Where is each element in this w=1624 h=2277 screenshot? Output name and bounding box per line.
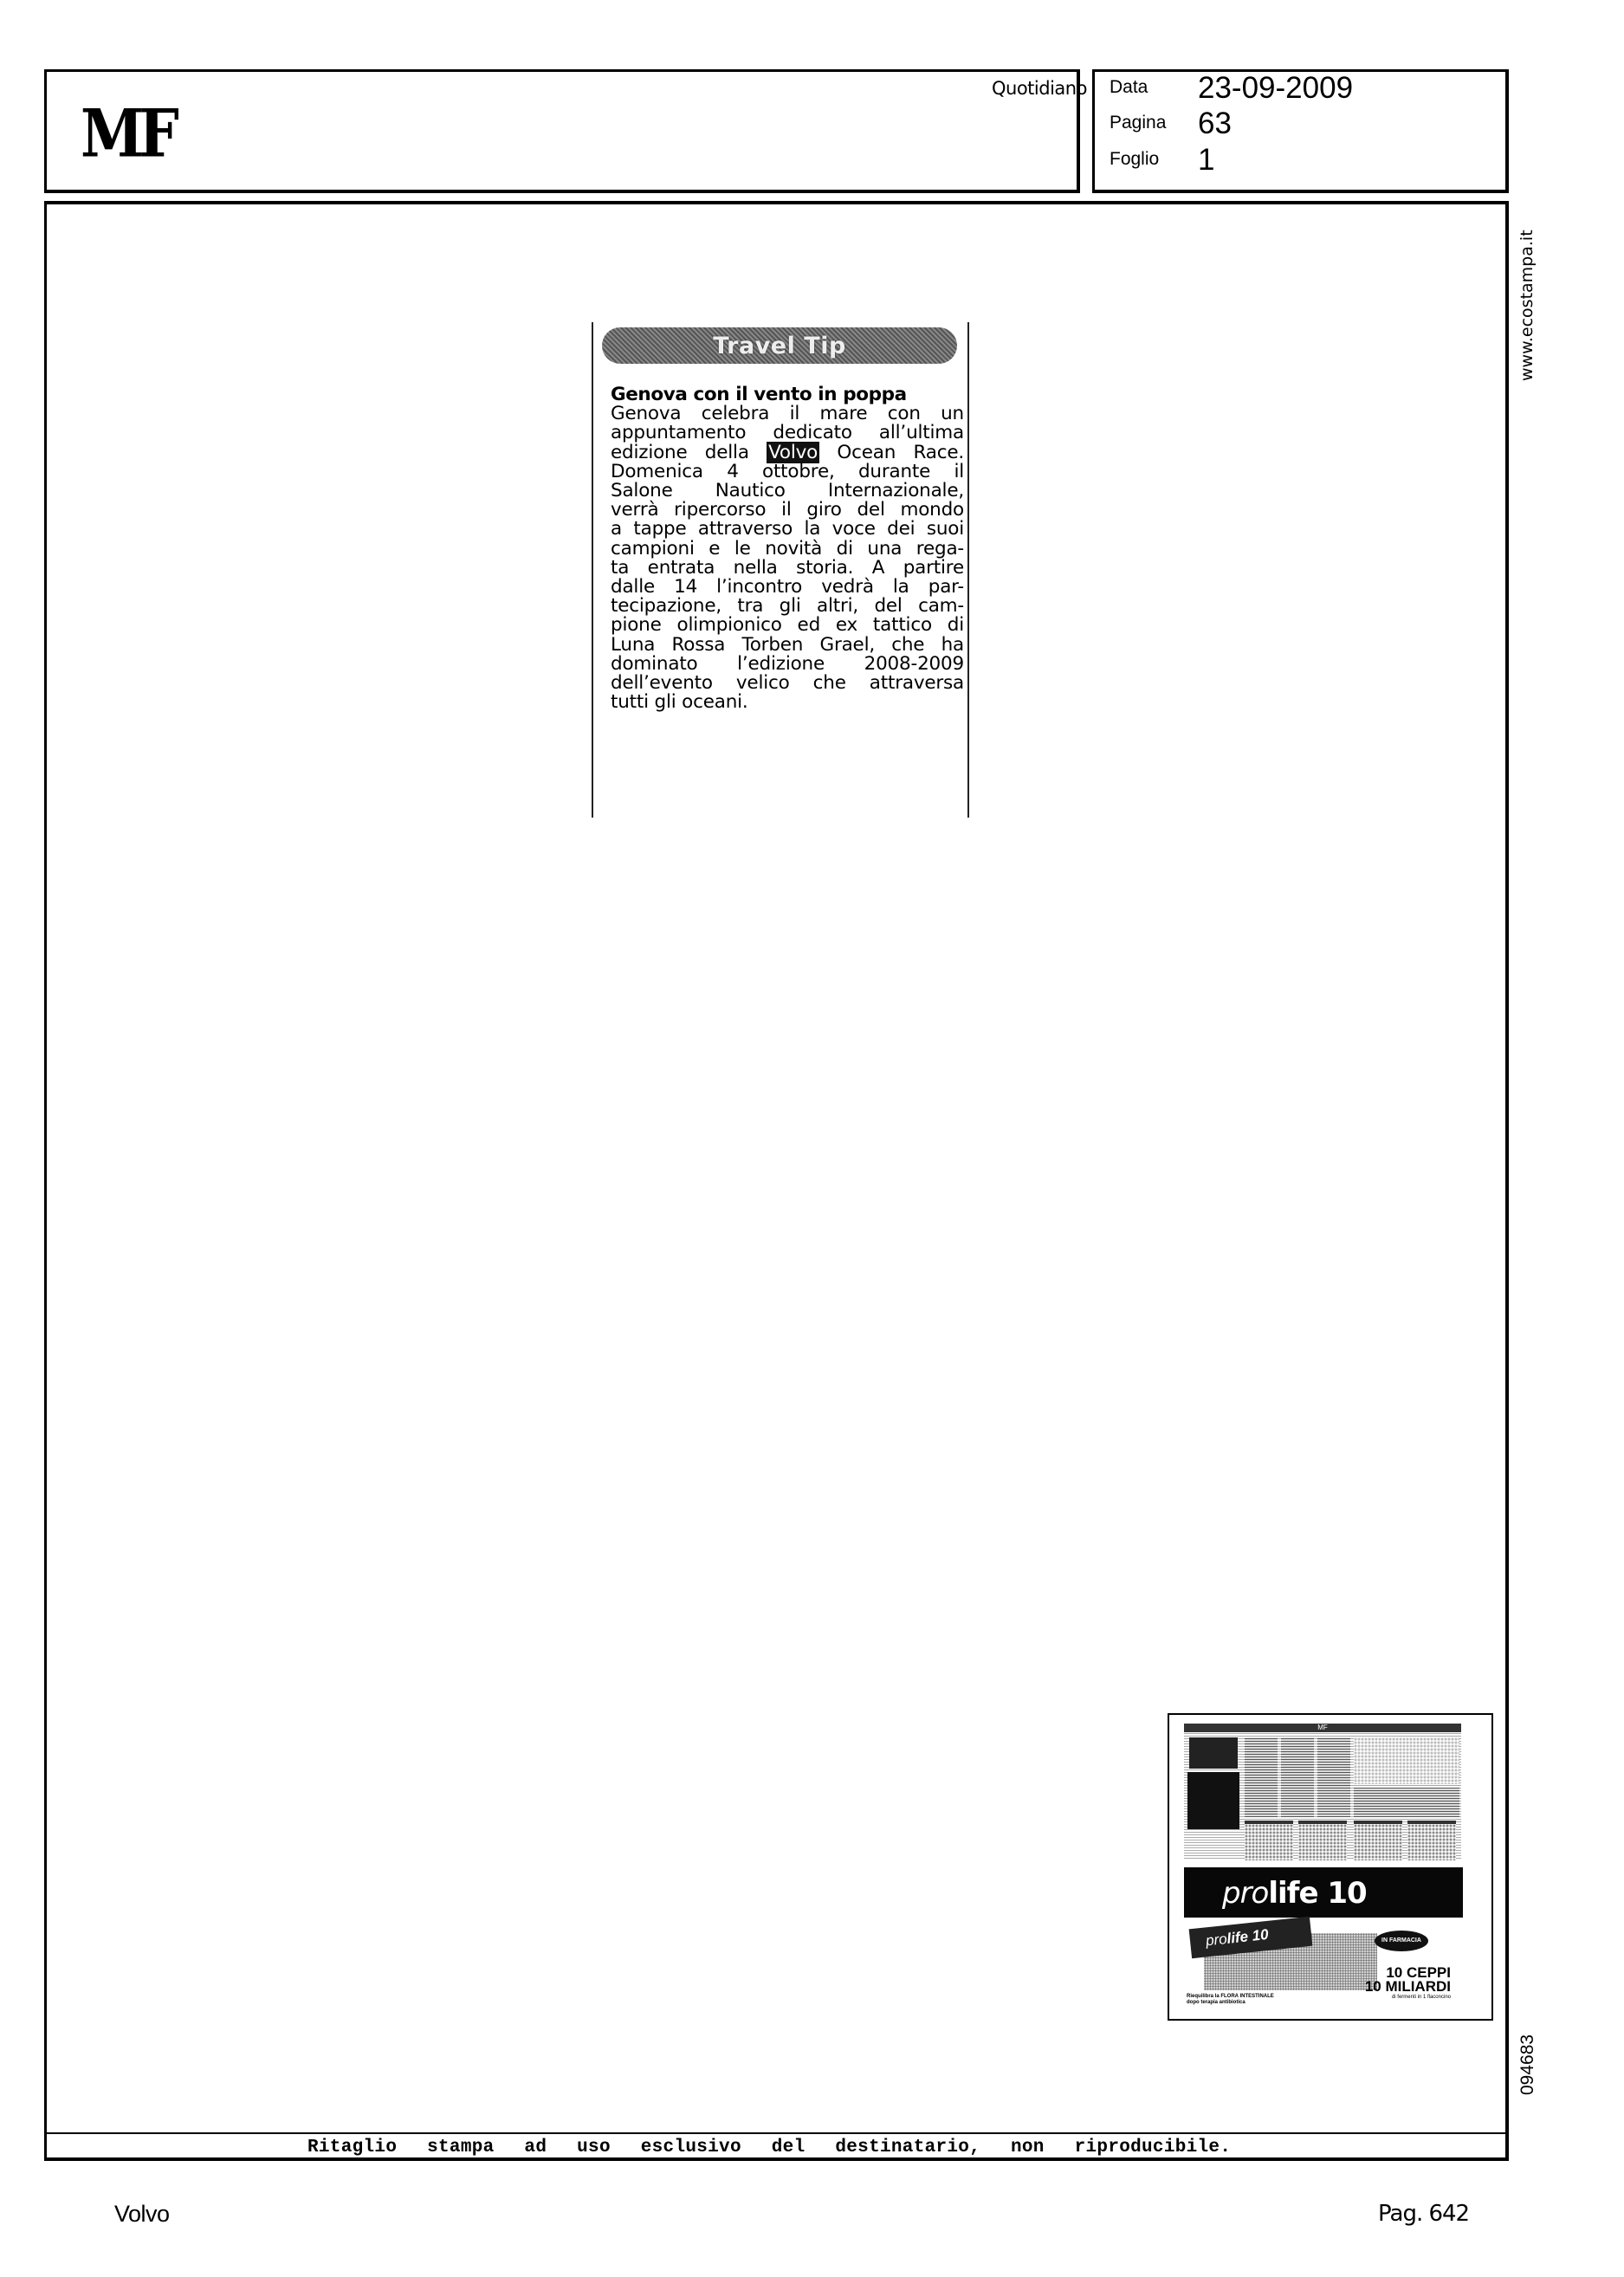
keyword-label: Volvo	[114, 2201, 170, 2228]
website-text: www.ecostampa.it	[1517, 230, 1537, 381]
article-line: tecipazione, tra gli altri, del cam-	[611, 597, 964, 616]
column-rule-right	[967, 322, 969, 818]
article-line: verrà ripercorso il giro del mondo	[611, 501, 964, 520]
thumbnail-table	[1281, 1737, 1314, 1817]
article-line: dalle 14 l’incontro vedrà la par-	[611, 578, 964, 597]
article-text: edizione della	[611, 442, 749, 463]
thumbnail-weather-map	[1407, 1821, 1456, 1860]
article-line: dell’evento velico che attraversa	[611, 674, 964, 693]
ad-headline: 10 CEPPI 10 MILIARDI	[1321, 1966, 1451, 1994]
article-line: appuntamento dedicato all’ultima	[611, 424, 964, 443]
thumbnail-world-map	[1354, 1737, 1459, 1784]
ad-subline: di fermenti in 1 flaconcino	[1323, 1995, 1451, 2000]
meta-value-date: 23-09-2009	[1198, 73, 1353, 103]
thumbnail-page-header: MF	[1184, 1724, 1461, 1732]
copyright-notice: Ritaglio stampa ad uso esclusivo del des…	[307, 2138, 1231, 2157]
thumbnail-photo	[1189, 1737, 1238, 1769]
meta-label-page: Pagina	[1110, 113, 1166, 133]
thumbnail-weather-map	[1245, 1821, 1293, 1860]
section-banner-label: Travel Tip	[713, 333, 846, 359]
ad-badge: IN FARMACIA	[1375, 1931, 1428, 1951]
ad-banner: prolife 10	[1184, 1867, 1463, 1918]
column-rule-left	[592, 322, 593, 818]
clipping-code-vertical: 094683	[1517, 2024, 1543, 2095]
article-line: tutti gli oceani.	[611, 693, 964, 712]
article-line: ta entrata nella storia. A partire	[611, 559, 964, 578]
article-body: Genova con il vento in poppa Genova cele…	[611, 385, 964, 712]
ad-box-brand-light: pro	[1205, 1931, 1227, 1949]
article-line: Salone Nautico Internazionale,	[611, 482, 964, 501]
publication-type: Quotidiano	[992, 78, 1087, 99]
ad-claim: Riequilibra la FLORA INTESTINALE dopo te…	[1187, 1994, 1274, 2006]
ad-box-brand-bold: life 10	[1226, 1926, 1270, 1947]
article-line: edizione della Volvo Ocean Race.	[611, 443, 964, 463]
ad-brand-light: pro	[1222, 1876, 1268, 1911]
meta-value-sheet: 1	[1198, 145, 1214, 175]
article-line: Domenica 4 ottobre, durante il	[611, 463, 964, 482]
ad-brand: prolife 10	[1222, 1876, 1367, 1911]
meta-value-page: 63	[1198, 108, 1232, 139]
footer-divider	[44, 2132, 1509, 2134]
meta-label-date: Data	[1110, 77, 1148, 98]
website-vertical: www.ecostampa.it	[1517, 217, 1543, 381]
thumbnail-table	[1317, 1737, 1350, 1817]
article-line: Luna Rossa Torben Grael, che ha	[611, 636, 964, 655]
thumbnail-weather-map	[1354, 1821, 1402, 1860]
article-title: Genova con il vento in poppa	[611, 385, 964, 404]
page-thumbnail: MF prolife 10 prolife 10 IN FARMACIA 10 …	[1168, 1713, 1493, 2021]
thumbnail-dark-box	[1187, 1772, 1239, 1829]
article-line: Genova celebra il mare con un	[611, 404, 964, 424]
header-masthead-box	[44, 69, 1080, 193]
ad-claim-1: Riequilibra la FLORA INTESTINALE	[1187, 1994, 1274, 2000]
article-line: campioni e le novità di una rega-	[611, 540, 964, 559]
thumbnail-table	[1354, 1788, 1459, 1817]
article-line: pione olimpionico ed ex tattico di	[611, 616, 964, 635]
article-text: Ocean Race.	[837, 442, 964, 463]
section-banner: Travel Tip	[602, 327, 957, 364]
article-line: dominato l’edizione 2008-2009	[611, 655, 964, 674]
thumbnail-newspaper-page: MF	[1184, 1724, 1461, 1860]
clipping-code-text: 094683	[1517, 2034, 1538, 2095]
article-line: a tappe attraverso la voce dei suoi	[611, 520, 964, 539]
newspaper-logo: MF	[81, 100, 174, 166]
ad-brand-bold: life 10	[1268, 1876, 1366, 1911]
highlighted-keyword: Volvo	[767, 442, 819, 463]
thumbnail-weather-map	[1298, 1821, 1347, 1860]
ad-headline-2: 10 MILIARDI	[1321, 1980, 1451, 1994]
thumbnail-table	[1245, 1737, 1278, 1817]
meta-label-sheet: Foglio	[1110, 149, 1159, 170]
ad-claim-2: dopo terapia antibiotica	[1187, 2000, 1274, 2006]
page-number: Pag. 642	[1378, 2201, 1469, 2227]
